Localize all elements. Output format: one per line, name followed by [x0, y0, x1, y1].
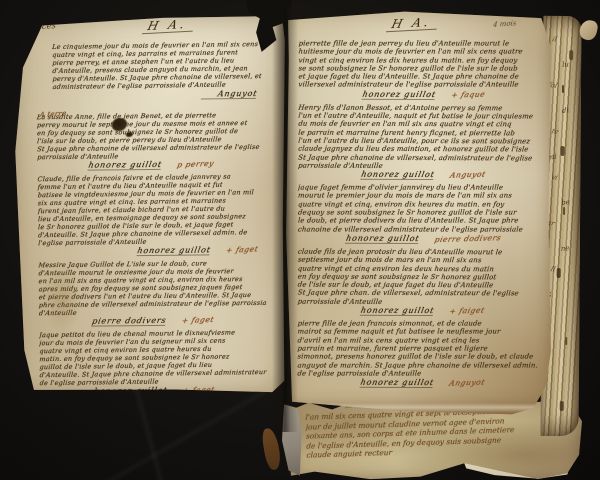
manuscript-line: claude jagnyez du lieu des maintion, et … [298, 145, 549, 154]
left-page: Deces H A. Le cinquiesme jour du mois de… [12, 14, 286, 396]
signature: honorez guillot [360, 171, 435, 181]
edge-ink-fragment: vi [550, 173, 579, 185]
manuscript-line: d'avril en l'an mil six cens quatre ving… [297, 336, 548, 344]
manuscript-line: simonnot, presens honorez guillot de l'i… [297, 353, 548, 361]
manuscript-line: septiesme jour du mois de mars en l'an m… [297, 256, 548, 265]
signature-line: honorez guillotpierre dodivers [298, 235, 548, 245]
signature-line: honorez guillotAnguyot [298, 171, 548, 181]
right-page-text: pierrette fille de jean perrey du lieu d… [297, 40, 548, 393]
manuscript-paragraph: pierre fille de jean francois simonnot, … [297, 320, 547, 389]
manuscript-paragraph: jaque faget femme d'olivier jannvirey du… [298, 184, 548, 245]
left-page-text: Le cinquiesme jour du mois de feuvrier e… [36, 41, 268, 401]
left-page-header-mark: H A. [142, 17, 196, 35]
right-page-header-mark: H A. [386, 15, 440, 33]
manuscript-paragraph: Le cinquiesme jour du mois de feuvrier e… [36, 41, 265, 101]
signature: honorez guillot [344, 235, 419, 245]
manuscript-paragraph: Henry fils d'Ianon Bessot, et d'Antoine … [298, 103, 548, 180]
backdrop-crease-texture [0, 388, 300, 480]
manuscript-line: mairot sa femme naquit et fut batisee le… [297, 328, 548, 336]
signature-line: honorez guillot+ faque [298, 90, 548, 100]
manuscript-line: huitiesme jour du mois de feuvrier en l'… [298, 48, 549, 56]
manuscript-line: quatre vingt et cinq, environ dix heures… [298, 200, 549, 208]
manuscript-paragraph: A terreLa susdite Anne, fille de jean Be… [37, 103, 266, 171]
page-stain [42, 264, 82, 334]
signature-accent: + faget [226, 245, 260, 254]
manuscript-line: mourut le premier jour du mois de mars d… [298, 192, 549, 200]
edge-ink-fragment: te [551, 127, 580, 139]
manuscript-line: se sont soubsignez le Sr honorez guillot… [298, 64, 549, 72]
edge-ink-fragment: mi [548, 150, 579, 162]
manuscript-line: villersexel administrateur de l'eglise p… [298, 81, 549, 89]
right-page-corner-note: 4 mois [492, 19, 516, 29]
edge-ink-fragment: be [561, 197, 578, 207]
signature: honorez guillot [359, 379, 434, 389]
manuscript-line: de l'eglise parroissiale d'Anteuille [297, 369, 548, 377]
signature: honorez guillot [88, 161, 163, 171]
right-page: H A. 4 mois pierrette fille de jean perr… [284, 10, 552, 416]
right-page-group: Beaume l'an mil six cens quatre vingt et… [280, 6, 584, 478]
manuscript-line: chanoine de villersexel administrateur d… [298, 225, 549, 233]
edge-ink-fragment: ll [550, 265, 579, 277]
signature-accent: Anguyot [449, 171, 487, 180]
manuscript-line: vingt et cinq environ les dix heures du … [298, 56, 549, 64]
edge-ink-fragment: fol [547, 81, 580, 93]
signature: honorez guillot [360, 307, 435, 317]
left-page-corner-note: Deces [30, 21, 57, 33]
manuscript-paragraph: Claude, fille de francois faivre et de c… [38, 173, 267, 257]
signature-line: honorez guillot+ faiget [298, 307, 548, 317]
signature-accent: + faget [181, 316, 215, 325]
edge-ink-fragment: ne [561, 243, 578, 253]
manuscript-line: anguyot de marchin. St Jaque phre chanoi… [297, 361, 548, 369]
signature-line: honorez guillot+ faget [38, 246, 266, 257]
manuscript-paragraph: l'an mil six cens quatre vingt et sept l… [305, 405, 566, 460]
edge-ink-fragment: di [562, 105, 579, 115]
signature-line: honorez guillotp perrey [37, 160, 265, 171]
edge-ink-fragment: lu [562, 59, 579, 69]
signature-accent: Anguyot [448, 379, 486, 388]
fragment-text: l'an mil six cens quatre vingt et sept l… [305, 405, 566, 464]
signature-accent: + faiget [449, 307, 486, 316]
signature: pierre dodivers [91, 317, 167, 327]
manuscript-line: le doub, et pierre dodivers du lieu d'An… [298, 217, 549, 225]
signature-line: honorez guillotAnguyot [297, 379, 547, 389]
edge-ink-fragment: ar [546, 219, 579, 231]
signature-accent: pierre dodivers [433, 234, 502, 244]
edge-ink-fragment: il [551, 35, 580, 47]
signature-accent: p perrey [177, 160, 216, 170]
manuscript-paragraph: Jaque petitot du lieu de chenal mourut l… [39, 329, 268, 397]
signature: honorez guillot [137, 246, 212, 256]
manuscript-line: parrain et marraine, furent pierre pasqu… [297, 344, 548, 352]
archival-photo-backdrop: Deces H A. Le cinquiesme jour du mois de… [0, 0, 600, 480]
signature-accent: + faque [450, 90, 486, 99]
signature: honorez guillot [361, 91, 436, 101]
manuscript-paragraph: claude fils de jean protosir du lieu d'A… [298, 248, 548, 317]
edge-ink-fragment: S [547, 288, 578, 300]
manuscript-paragraph: pierrette fille de jean perrey du lieu d… [298, 40, 548, 101]
